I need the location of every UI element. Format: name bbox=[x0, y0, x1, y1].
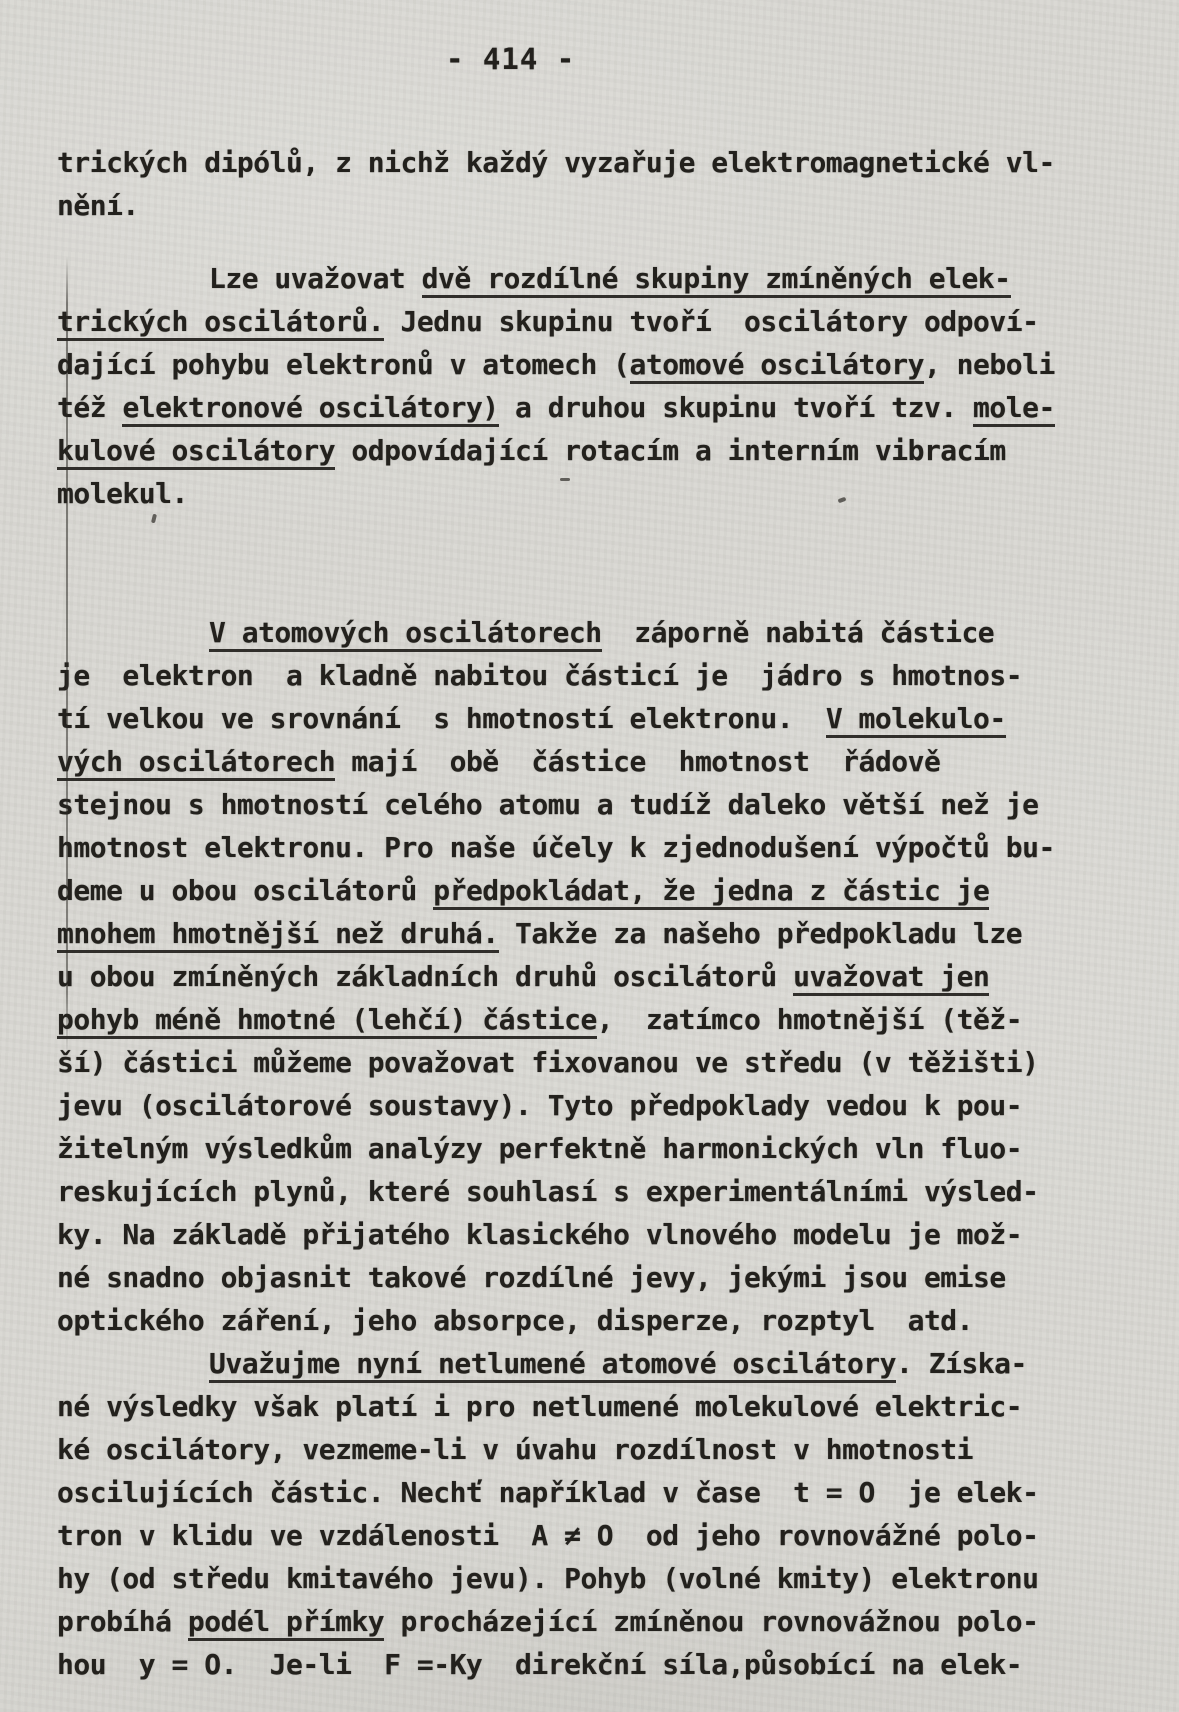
text-segment: né snadno objasnit takové rozdílné jevy,… bbox=[57, 1261, 1006, 1294]
text-segment: ky. Na základě přijatého klasického vlno… bbox=[57, 1218, 1022, 1251]
text-segment: ké oscilátory, vezmeme-li v úvahu rozdíl… bbox=[57, 1433, 973, 1466]
text-segment: dající pohybu elektronů v atomech ( bbox=[57, 348, 630, 381]
text-segment: probíhá bbox=[57, 1605, 188, 1638]
text-segment: Takže za našeho předpokladu lze bbox=[499, 917, 1022, 950]
text-segment: Lze uvažovat bbox=[209, 262, 422, 295]
underlined-text: kulové oscilátory bbox=[57, 434, 335, 470]
text-line: molekul. bbox=[57, 477, 1137, 520]
text-line: tí velkou ve srovnání s hmotností elektr… bbox=[57, 702, 1137, 745]
text-line: stejnou s hmotností celého atomu a tudíž… bbox=[57, 788, 1137, 831]
underlined-text: mnohem hmotnější než druhá. bbox=[57, 917, 499, 953]
text-segment: a druhou skupinu tvoří tzv. bbox=[499, 391, 973, 424]
text-segment: mají obě částice hmotnost řádově bbox=[335, 745, 940, 778]
text-line: hy (od středu kmitavého jevu). Pohyb (vo… bbox=[57, 1562, 1137, 1605]
text-line: né výsledky však platí i pro netlumené m… bbox=[57, 1390, 1137, 1433]
document-body: trických dipólů, z nichž každý vyzařuje … bbox=[57, 146, 1137, 1691]
underlined-text: pohyb méně hmotné (lehčí) částice bbox=[57, 1003, 597, 1039]
text-line: trických oscilátorů. Jednu skupinu tvoří… bbox=[57, 305, 1137, 348]
text-line: oscilujících částic. Nechť například v č… bbox=[57, 1476, 1137, 1519]
text-segment: né výsledky však platí i pro netlumené m… bbox=[57, 1390, 1022, 1423]
underlined-text: vých oscilátorech bbox=[57, 745, 335, 781]
text-segment: stejnou s hmotností celého atomu a tudíž… bbox=[57, 788, 1038, 821]
underlined-text: Uvažujme nyní netlumené atomové osciláto… bbox=[209, 1347, 896, 1383]
text-line: nění. bbox=[57, 189, 1137, 232]
underlined-text: atomové oscilátory bbox=[630, 348, 924, 384]
text-line: ké oscilátory, vezmeme-li v úvahu rozdíl… bbox=[57, 1433, 1137, 1476]
text-segment: optického záření, jeho absorpce, disperz… bbox=[57, 1304, 973, 1337]
underlined-text: podél přímky bbox=[188, 1605, 384, 1641]
text-segment: jevu (oscilátorové soustavy). Tyto předp… bbox=[57, 1089, 1022, 1122]
underlined-text: předpokládat, že jedna z částic je bbox=[433, 874, 989, 910]
text-line: jevu (oscilátorové soustavy). Tyto předp… bbox=[57, 1089, 1137, 1132]
text-line: kulové oscilátory odpovídající rotacím a… bbox=[57, 434, 1137, 477]
underlined-text: trických oscilátorů. bbox=[57, 305, 384, 341]
underlined-text: V atomových oscilátorech bbox=[209, 616, 602, 652]
text-segment: žitelným výsledkům analýzy perfektně har… bbox=[57, 1132, 1022, 1165]
text-segment: u obou zmíněných základních druhů oscilá… bbox=[57, 960, 793, 993]
underlined-text: uvažovat jen bbox=[793, 960, 989, 996]
text-line: mnohem hmotnější než druhá. Takže za naš… bbox=[57, 917, 1137, 960]
text-segment: , zatímco hmotnější (těž- bbox=[597, 1003, 1022, 1036]
page-number: - 414 - bbox=[446, 42, 575, 76]
text-segment: molekul. bbox=[57, 477, 188, 510]
text-line: optického záření, jeho absorpce, disperz… bbox=[57, 1304, 1137, 1347]
text-line: též elektronové oscilátory) a druhou sku… bbox=[57, 391, 1137, 434]
scan-artifact-vertical-line bbox=[66, 256, 68, 1056]
text-line: hou y = O. Je-li F =-Ky direkční síla,pů… bbox=[57, 1648, 1137, 1691]
text-line: Uvažujme nyní netlumené atomové osciláto… bbox=[57, 1347, 1137, 1390]
text-segment: . Získa- bbox=[896, 1347, 1027, 1380]
text-segment: reskujících plynů, které souhlasí s expe… bbox=[57, 1175, 1038, 1208]
text-line: reskujících plynů, které souhlasí s expe… bbox=[57, 1175, 1137, 1218]
text-line: hmotnost elektronu. Pro naše účely k zje… bbox=[57, 831, 1137, 874]
scanned-document-page: - 414 - trických dipólů, z nichž každý v… bbox=[0, 0, 1179, 1712]
text-segment: nění. bbox=[57, 189, 139, 222]
underlined-text: dvě rozdílné skupiny zmíněných elek- bbox=[422, 262, 1011, 298]
text-line: dající pohybu elektronů v atomech (atomo… bbox=[57, 348, 1137, 391]
underlined-text: elektronové oscilátory) bbox=[122, 391, 498, 427]
text-line: u obou zmíněných základních druhů oscilá… bbox=[57, 960, 1137, 1003]
text-segment: oscilujících částic. Nechť například v č… bbox=[57, 1476, 1038, 1509]
text-segment: záporně nabitá částice bbox=[602, 616, 995, 649]
text-segment: odpovídající rotacím a interním vibracím bbox=[335, 434, 1006, 467]
text-segment: deme u obou oscilátorů bbox=[57, 874, 433, 907]
text-line: trických dipólů, z nichž každý vyzařuje … bbox=[57, 146, 1137, 189]
text-line: né snadno objasnit takové rozdílné jevy,… bbox=[57, 1261, 1137, 1304]
text-segment: , neboli bbox=[924, 348, 1055, 381]
underlined-text: V molekulo- bbox=[826, 702, 1006, 738]
text-line: tron v klidu ve vzdálenosti A ≠ O od jeh… bbox=[57, 1519, 1137, 1562]
text-segment: hy (od středu kmitavého jevu). Pohyb (vo… bbox=[57, 1562, 1038, 1595]
text-segment: je elektron a kladně nabitou částicí je … bbox=[57, 659, 1022, 692]
text-segment: Jednu skupinu tvoří oscilátory odpoví- bbox=[384, 305, 1038, 338]
text-line: probíhá podél přímky procházející zmíněn… bbox=[57, 1605, 1137, 1648]
text-line: vých oscilátorech mají obě částice hmotn… bbox=[57, 745, 1137, 788]
text-segment: tí velkou ve srovnání s hmotností elektr… bbox=[57, 702, 826, 735]
text-line: žitelným výsledkům analýzy perfektně har… bbox=[57, 1132, 1137, 1175]
text-segment: tron v klidu ve vzdálenosti A ≠ O od jeh… bbox=[57, 1519, 1038, 1552]
scan-artifact-speck bbox=[560, 478, 570, 481]
text-line: je elektron a kladně nabitou částicí je … bbox=[57, 659, 1137, 702]
text-segment: procházející zmíněnou rovnovážnou polo- bbox=[384, 1605, 1038, 1638]
text-line: Lze uvažovat dvě rozdílné skupiny zmíněn… bbox=[57, 262, 1137, 305]
text-segment: hou y = O. Je-li F =-Ky direkční síla,pů… bbox=[57, 1648, 1022, 1681]
text-line: V atomových oscilátorech záporně nabitá … bbox=[57, 616, 1137, 659]
text-line: ky. Na základě přijatého klasického vlno… bbox=[57, 1218, 1137, 1261]
text-segment: trických dipólů, z nichž každý vyzařuje … bbox=[57, 146, 1055, 179]
text-line: pohyb méně hmotné (lehčí) částice, zatím… bbox=[57, 1003, 1137, 1046]
text-segment: ší) částici můžeme považovat fixovanou v… bbox=[57, 1046, 1038, 1079]
underlined-text: mole- bbox=[973, 391, 1055, 427]
text-segment: hmotnost elektronu. Pro naše účely k zje… bbox=[57, 831, 1055, 864]
text-line: deme u obou oscilátorů předpokládat, že … bbox=[57, 874, 1137, 917]
text-line: ší) částici můžeme považovat fixovanou v… bbox=[57, 1046, 1137, 1089]
